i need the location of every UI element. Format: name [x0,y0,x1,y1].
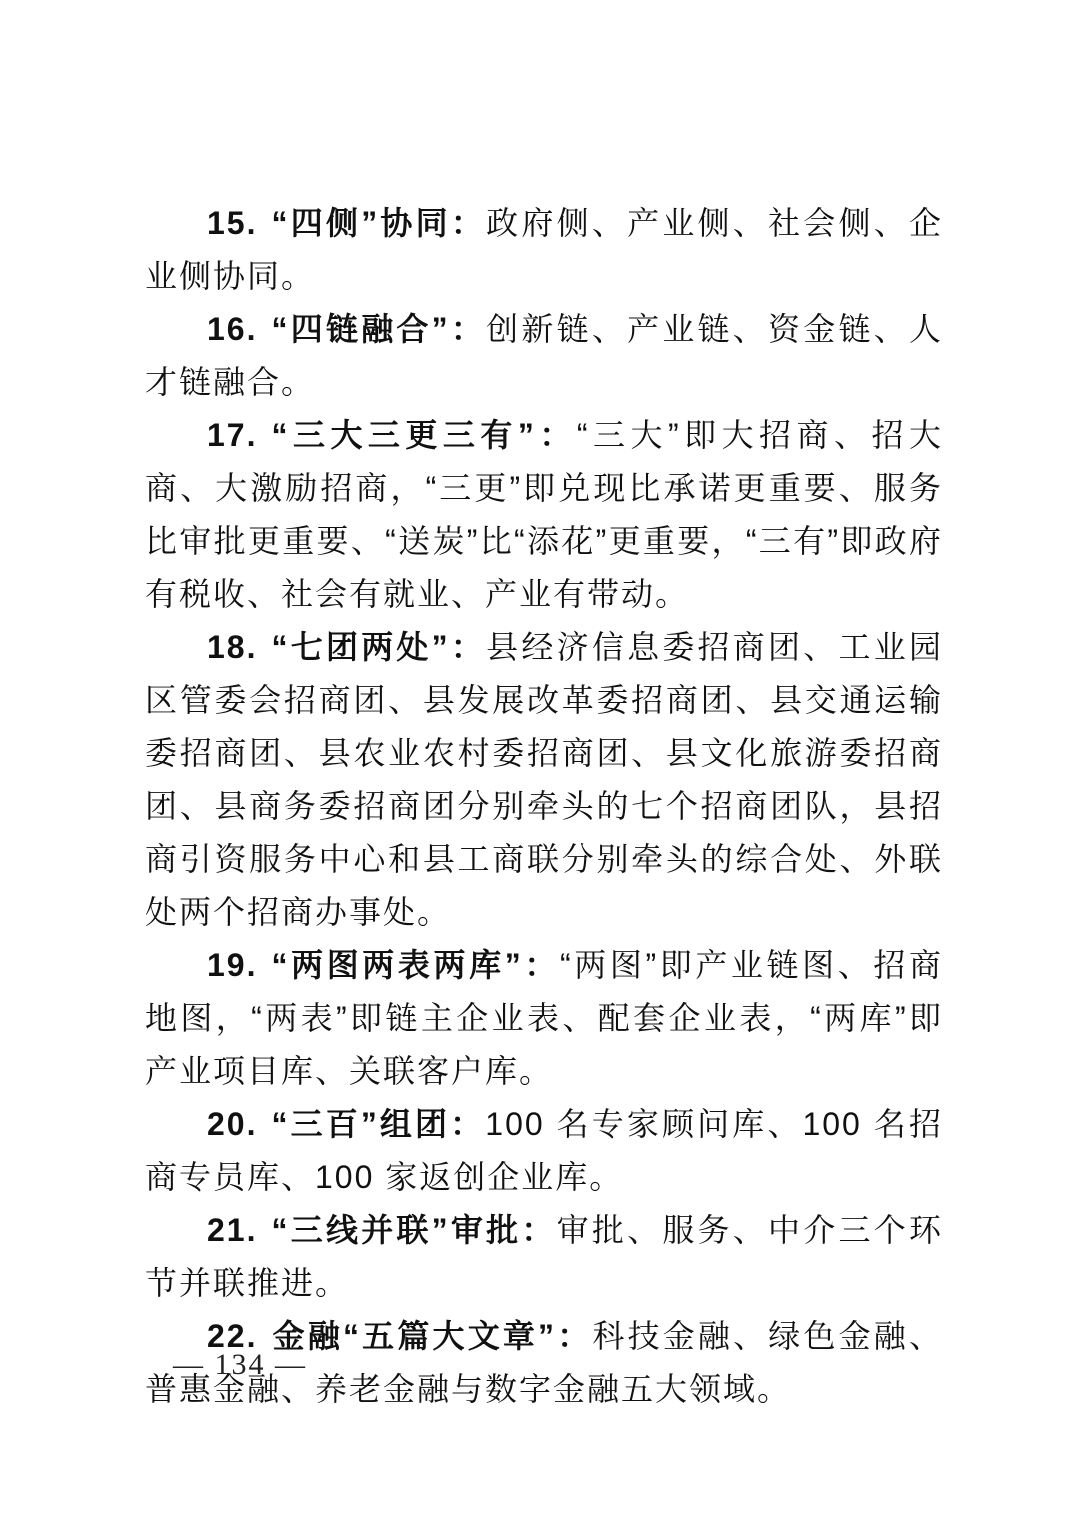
glossary-item-15: 15.“四侧”协同：政府侧、产业侧、社会侧、企业侧协同。 [145,197,943,303]
item-term: “两图两表两库”： [271,947,559,983]
document-page: 15.“四侧”协同：政府侧、产业侧、社会侧、企业侧协同。 16.“四链融合”：创… [0,0,1074,1520]
item-term: “四链融合”： [271,311,486,347]
glossary-list: 15.“四侧”协同：政府侧、产业侧、社会侧、企业侧协同。 16.“四链融合”：创… [145,197,943,1416]
glossary-item-21: 21.“三线并联”审批：审批、服务、中介三个环节并联推进。 [145,1204,943,1310]
glossary-item-19: 19.“两图两表两库”：“两图”即产业链图、招商地图，“两表”即链主企业表、配套… [145,939,943,1098]
item-body: 县经济信息委招商团、工业园区管委会招商团、县发展改革委招商团、县交通运输委招商团… [145,629,943,930]
item-number: 16. [207,311,257,347]
page-number: — 134 — [173,1345,307,1385]
item-term: 金融“五篇大文章”： [271,1318,592,1354]
item-body: 政府侧、产业侧、社会侧、企业侧协同。 [145,205,943,294]
glossary-item-18: 18.“七团两处”：县经济信息委招商团、工业园区管委会招商团、县发展改革委招商团… [145,621,943,939]
item-body: 创新链、产业链、资金链、人才链融合。 [145,311,943,400]
item-number: 21. [207,1212,257,1248]
item-number: 18. [207,629,257,665]
item-number: 15. [207,205,257,241]
item-term: “四侧”协同： [271,205,486,241]
glossary-item-17: 17.“三大三更三有”：“三大”即大招商、招大商、大激励招商，“三更”即兑现比承… [145,409,943,621]
item-number: 20. [207,1106,257,1142]
item-term: “三百”组团： [271,1106,485,1142]
item-number: 17. [207,417,257,453]
glossary-item-16: 16.“四链融合”：创新链、产业链、资金链、人才链融合。 [145,303,943,409]
item-term: “七团两处”： [271,629,486,665]
item-number: 19. [207,947,257,983]
item-term: “三大三更三有”： [271,417,576,453]
item-body: 100 名专家顾问库、100 名招商专员库、100 家返创企业库。 [145,1106,943,1195]
glossary-item-20: 20.“三百”组团：100 名专家顾问库、100 名招商专员库、100 家返创企… [145,1098,943,1204]
item-term: “三线并联”审批： [271,1212,556,1248]
